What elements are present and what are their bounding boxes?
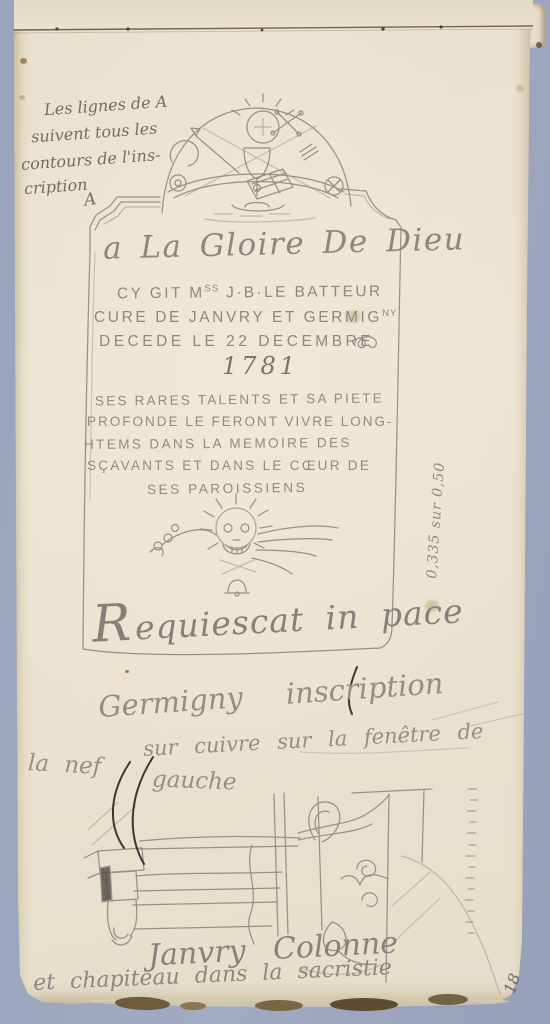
torn-edge-chip [255, 1000, 303, 1011]
stain-spot [536, 42, 542, 48]
torn-edge-chip [428, 994, 468, 1005]
epitaph-line: PROFONDE LE FERONT VIVRE LONG- [87, 414, 394, 429]
inscription-text: CURE DE JANVRY ET GERMIG [94, 309, 382, 326]
stain-spot [516, 85, 524, 92]
location-note-line: gauche [152, 767, 237, 796]
inscription-line-3: DECEDE LE 22 DECEMBRE [99, 333, 374, 351]
inscription-text: CY GIT M [117, 285, 205, 303]
stain-spot [125, 670, 129, 673]
sketchbook-photo: Les lignes de A suivent tous les contour… [0, 0, 550, 1024]
inscription-line-1: CY GIT MSS J·B·LE BATTEUR [117, 282, 383, 303]
inscription-superscript: SS [204, 283, 219, 294]
inscription-line-2: CURE DE JANVRY ET GERMIGNY [94, 308, 397, 327]
binding-edge-strip [14, 0, 533, 29]
epitaph-line: SES RARES TALENTS ET SA PIETE [95, 390, 384, 408]
location-note-line: la nef [27, 750, 102, 780]
torn-edge-chip [180, 1002, 206, 1010]
margin-note-marker: A [83, 189, 98, 211]
inscription-year: 1781 [222, 352, 299, 380]
stain-spot [20, 58, 27, 64]
epitaph-line: SÇAVANTS ET DANS LE CŒUR DE [87, 458, 371, 473]
stain-spot [19, 95, 25, 100]
inscription-text: J·B·LE BATTEUR [219, 283, 382, 301]
epitaph-line: SES PAROISSIENS [147, 480, 307, 497]
epitaph-line: HTEMS DANS LA MEMOIRE DES [84, 435, 352, 452]
inscription-superscript: NY [382, 308, 397, 319]
torn-edge-chip [330, 998, 398, 1011]
